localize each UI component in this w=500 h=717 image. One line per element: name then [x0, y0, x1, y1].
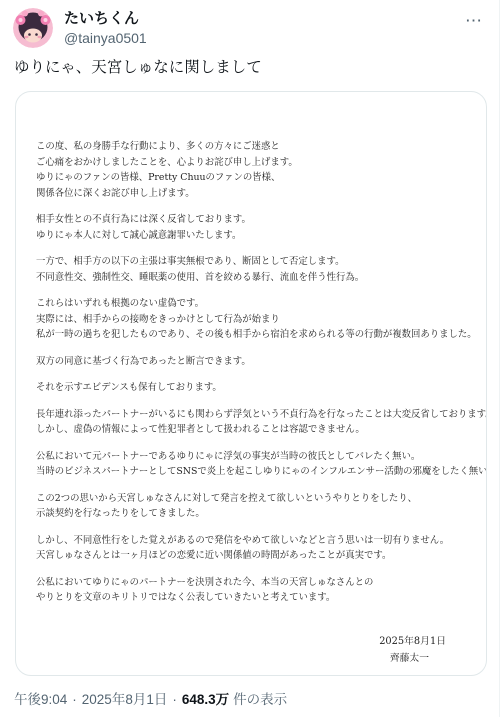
meta-separator: ·: [72, 692, 77, 707]
letter-author: 齊藤太一: [36, 650, 429, 668]
author-handle[interactable]: @tainya0501: [64, 29, 147, 48]
tweet-date: 2025年8月1日: [82, 692, 168, 707]
tweet-text: ゆりにゃ、天宮しゅなに関しまして: [0, 48, 499, 78]
letter-date: 2025年8月1日: [36, 633, 446, 651]
avatar-image: [13, 8, 53, 48]
letter-paragraph: この度、私の身勝手な行動により、多くの方々にご迷惑とご心痛をおかけしましたことを…: [36, 139, 476, 201]
tweet-header: たいちくん @tainya0501 ⋯: [0, 0, 499, 48]
letter-signature: 2025年8月1日 齊藤太一: [36, 633, 476, 668]
tweet-time: 午後9:04: [14, 692, 67, 707]
meta-separator: ·: [172, 692, 177, 707]
letter-paragraph: 公私においてゆりにゃのパートナーを決別された今、本当の天宮しゅなさんとのやりとり…: [36, 575, 476, 606]
letter-paragraph: それを示すエビデンスも保有しております。: [36, 380, 476, 396]
tweet-detail: たいちくん @tainya0501 ⋯ ゆりにゃ、天宮しゅなに関しまして この度…: [0, 0, 500, 717]
letter-paragraph: これらはいずれも根拠のない虚偽です。実際には、相手からの接吻をきっかけとして行為…: [36, 296, 476, 343]
letter-paragraph: 公私において元パートナーであるゆりにゃに浮気の事実が当時の彼氏としてバレたく無い…: [36, 449, 476, 480]
more-icon[interactable]: ⋯: [463, 8, 485, 33]
avatar[interactable]: [13, 8, 53, 48]
attached-image-letter[interactable]: この度、私の身勝手な行動により、多くの方々にご迷惑とご心痛をおかけしましたことを…: [15, 91, 487, 676]
author-display-name[interactable]: たいちくん: [64, 9, 147, 29]
letter-paragraph: この2つの思いから天宮しゅなさんに対して発言を控えて欲しいというやりとりをしたり…: [36, 491, 476, 522]
views-label: 件の表示: [233, 692, 287, 707]
letter-paragraph: 双方の同意に基づく行為であったと断言できます。: [36, 354, 476, 370]
letter-paragraph: しかし、不同意性行をした覚えがあるので発信をやめて欲しいなどと言う思いは一切有り…: [36, 533, 476, 564]
views-count: 648.3万: [182, 692, 229, 707]
tweet-meta: 午後9:04·2025年8月1日·648.3万件の表示: [14, 691, 499, 708]
letter-paragraph: 相手女性との不貞行為には深く反省しております。ゆりにゃ本人に対して誠心誠意謝罪い…: [36, 212, 476, 243]
letter-paragraph: 一方で、相手方の以下の主張は事実無根であり、断固として否定します。不同意性交、強…: [36, 254, 476, 285]
letter-body: この度、私の身勝手な行動により、多くの方々にご迷惑とご心痛をおかけしましたことを…: [36, 139, 476, 606]
author-names: たいちくん @tainya0501: [64, 8, 147, 48]
letter-paragraph: 長年連れ添ったパートナーがいるにも関わらず浮気という不貞行為を行なったことは大変…: [36, 407, 476, 438]
